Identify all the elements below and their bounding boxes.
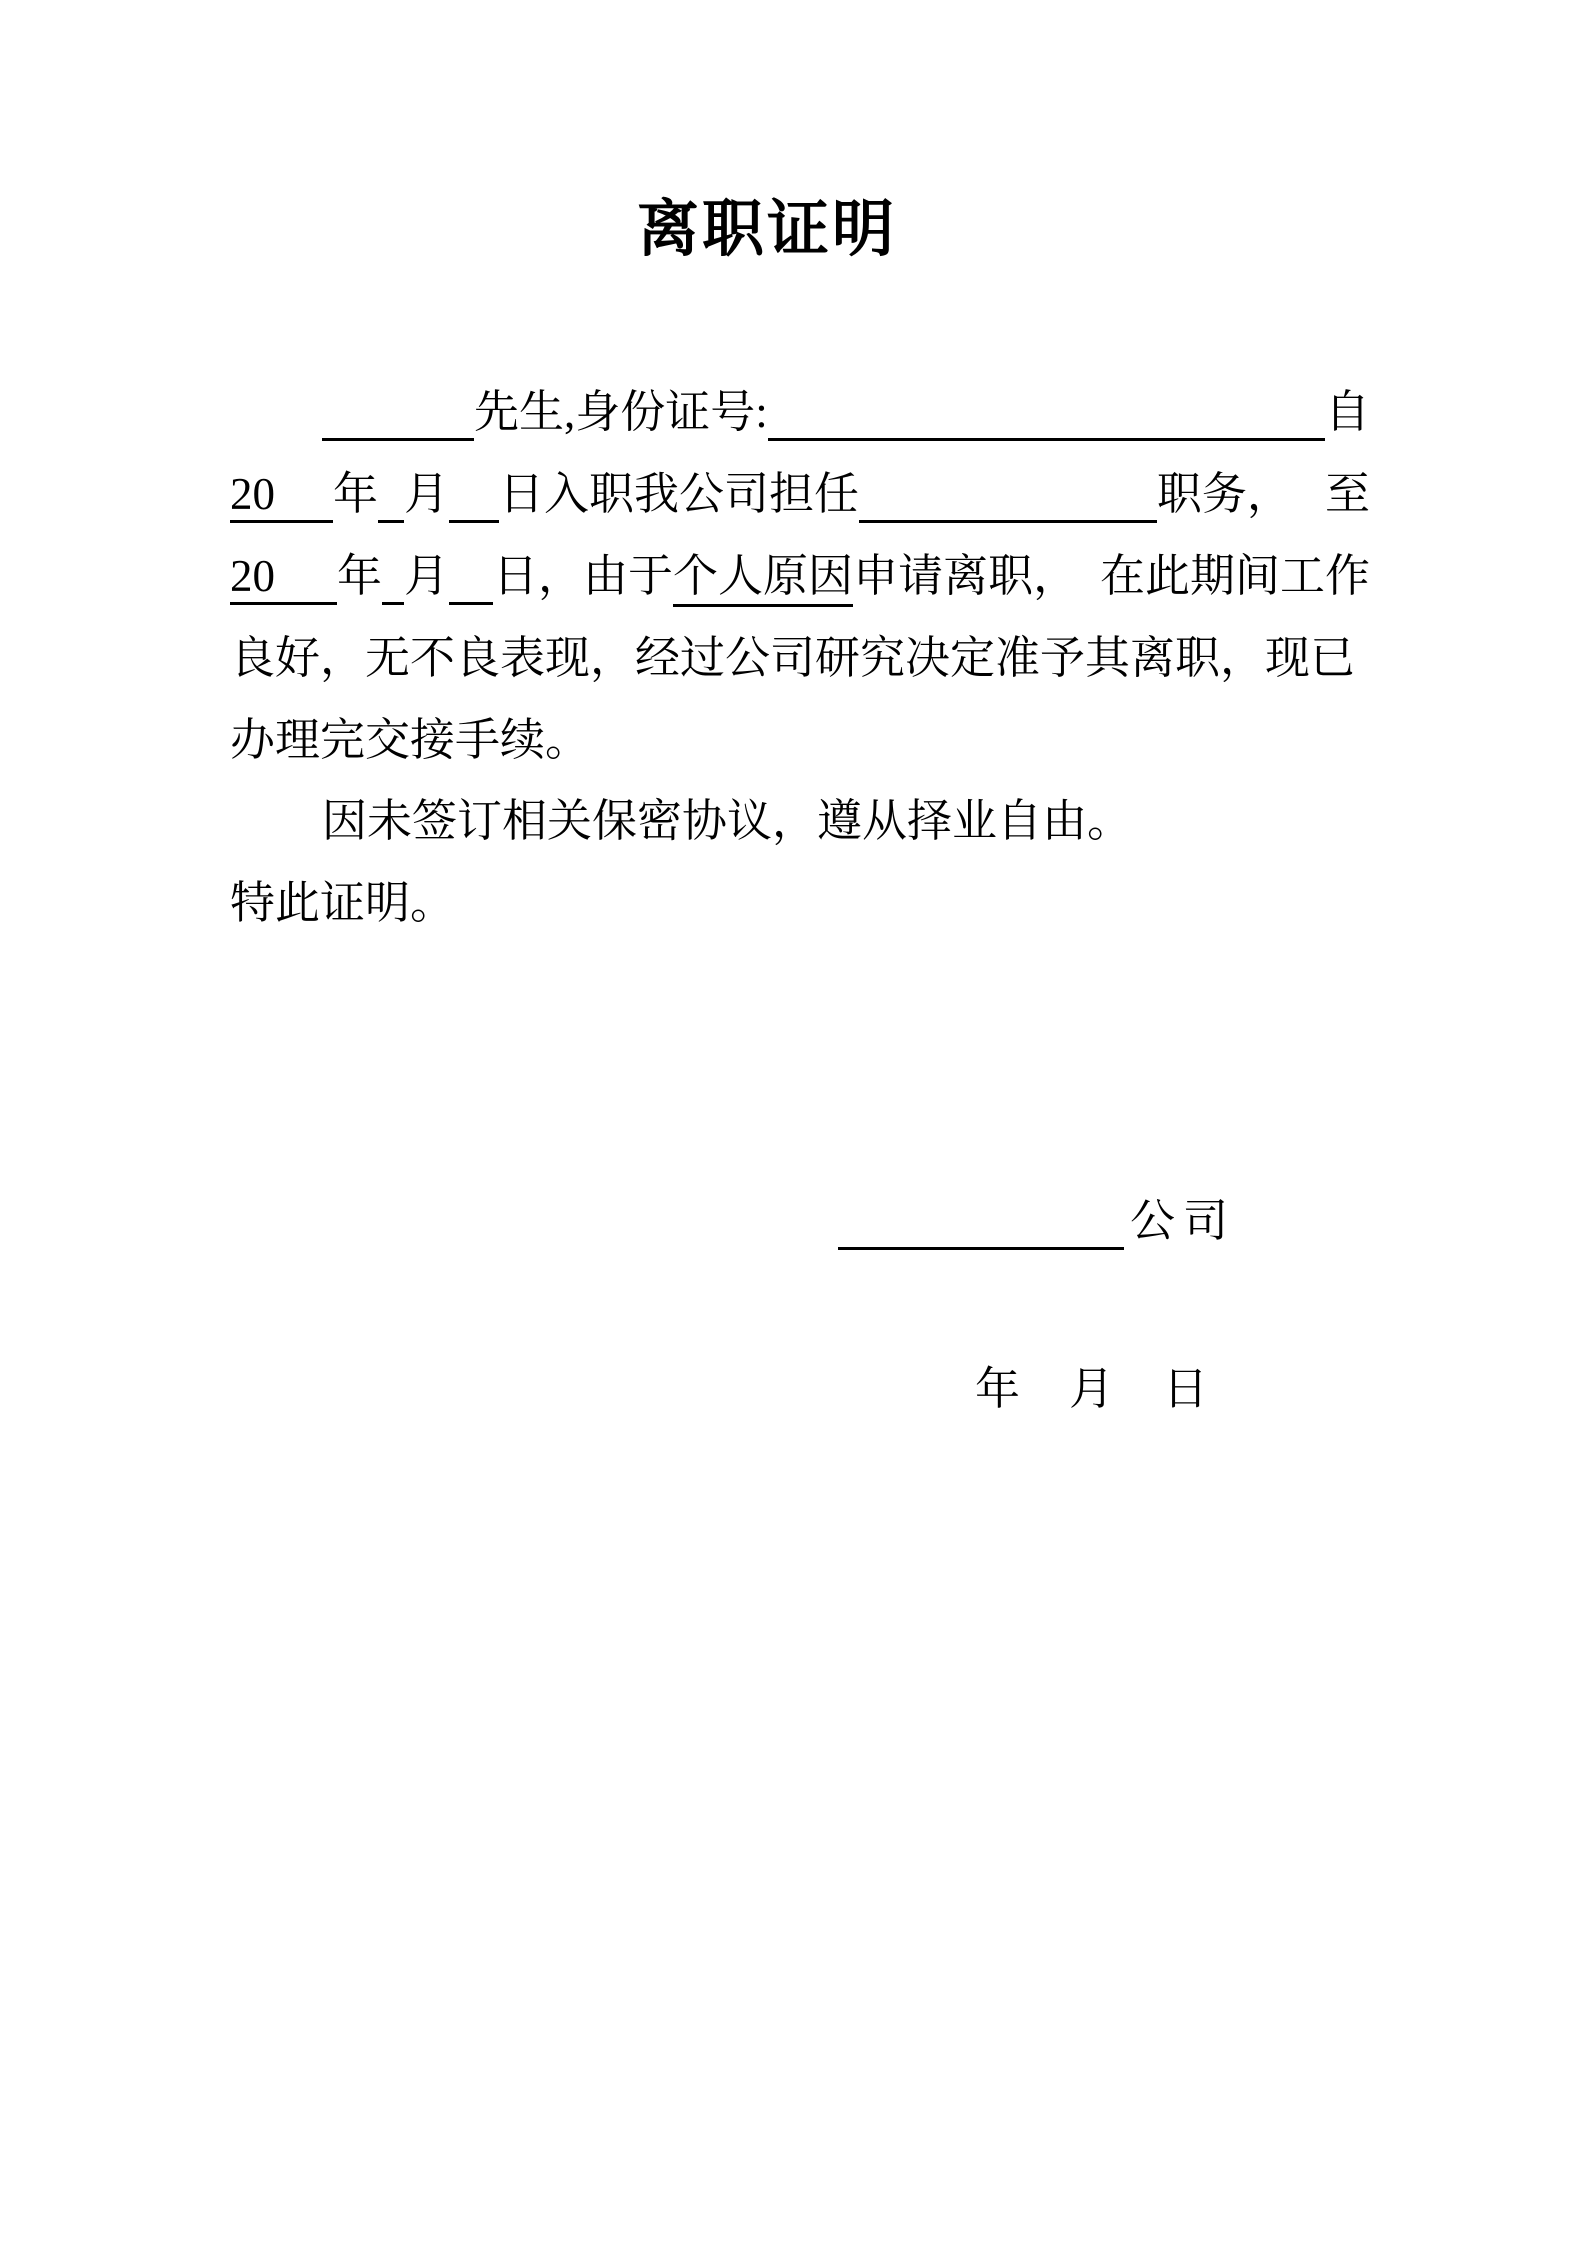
text-segment: 至 (1325, 457, 1370, 522)
blank-underline: ​ (859, 468, 1157, 523)
company-signature-line: ​ 公司 (838, 1184, 1236, 1250)
body-line: ​​先生,身份证号:​自 (230, 362, 1370, 444)
underlined-text-segment: 20 (230, 550, 275, 605)
paragraph-3: 特此证明。 (230, 862, 1370, 944)
blank-underline: ​ (322, 386, 474, 441)
document-page: 离职证明 ​​先生,身份证号:​自20​年​月​日入职我公司担任​职务，​至20… (0, 0, 1587, 2245)
text-segment: 月 (404, 539, 449, 604)
blank-underline: ​ (449, 550, 493, 605)
text-segment: 自 (1325, 375, 1370, 440)
text-segment: 日入职我公司担任 (499, 457, 859, 522)
text-segment: 职务， (1157, 457, 1292, 522)
text-segment: 年 (337, 539, 382, 604)
text-segment: 良好，无不良表现，经过公司研究决定准予其离职，现已 (230, 621, 1355, 686)
blank-underline: ​ (382, 550, 404, 605)
date-line: 年 月 日 (975, 1352, 1210, 1417)
document-title: 离职证明 (197, 190, 1337, 270)
paragraph-1: ​​先生,身份证号:​自20​年​月​日入职我公司担任​职务，​至20​年​月​… (230, 362, 1370, 772)
body-line: 20​年​月​日，由于个人原因申请离职，​在此期间工作 (230, 526, 1370, 608)
blank-underline: ​ (275, 468, 333, 523)
blank-underline: ​ (768, 386, 1325, 441)
text-segment: 年 (333, 457, 378, 522)
document-body: ​​先生,身份证号:​自20​年​月​日入职我公司担任​职务，​至20​年​月​… (230, 362, 1370, 944)
blank-underline: ​ (275, 550, 337, 605)
body-line: 良好，无不良表现，经过公司研究决定准予其离职，现已 (230, 608, 1370, 690)
company-blank: ​ (838, 1195, 1124, 1250)
paragraph-2: 因未签订相关保密协议，遵从择业自由。 (230, 780, 1370, 862)
gap-spacer: ​ (230, 386, 322, 438)
body-line: 办理完交接手续。 (230, 690, 1370, 772)
body-line: 20​年​月​日入职我公司担任​职务，​至 (230, 444, 1370, 526)
text-segment: 在此期间工作 (1100, 539, 1370, 604)
blank-underline: ​ (449, 468, 499, 523)
gap-spacer: ​ (1078, 550, 1100, 602)
underlined-text-segment: 20 (230, 468, 275, 523)
text-segment: 先生,身份证号: (474, 375, 768, 440)
text-segment: 办理完交接手续。 (230, 703, 590, 768)
gap-spacer: ​ (1292, 468, 1325, 520)
text-segment: 月 (404, 457, 449, 522)
text-segment: 申请离职， (853, 539, 1078, 604)
blank-underline: ​ (378, 468, 404, 523)
underlined-text-segment: 个人原因 (673, 539, 853, 607)
company-label: 公司 (1124, 1184, 1236, 1249)
text-segment: 日，由于 (493, 539, 673, 604)
